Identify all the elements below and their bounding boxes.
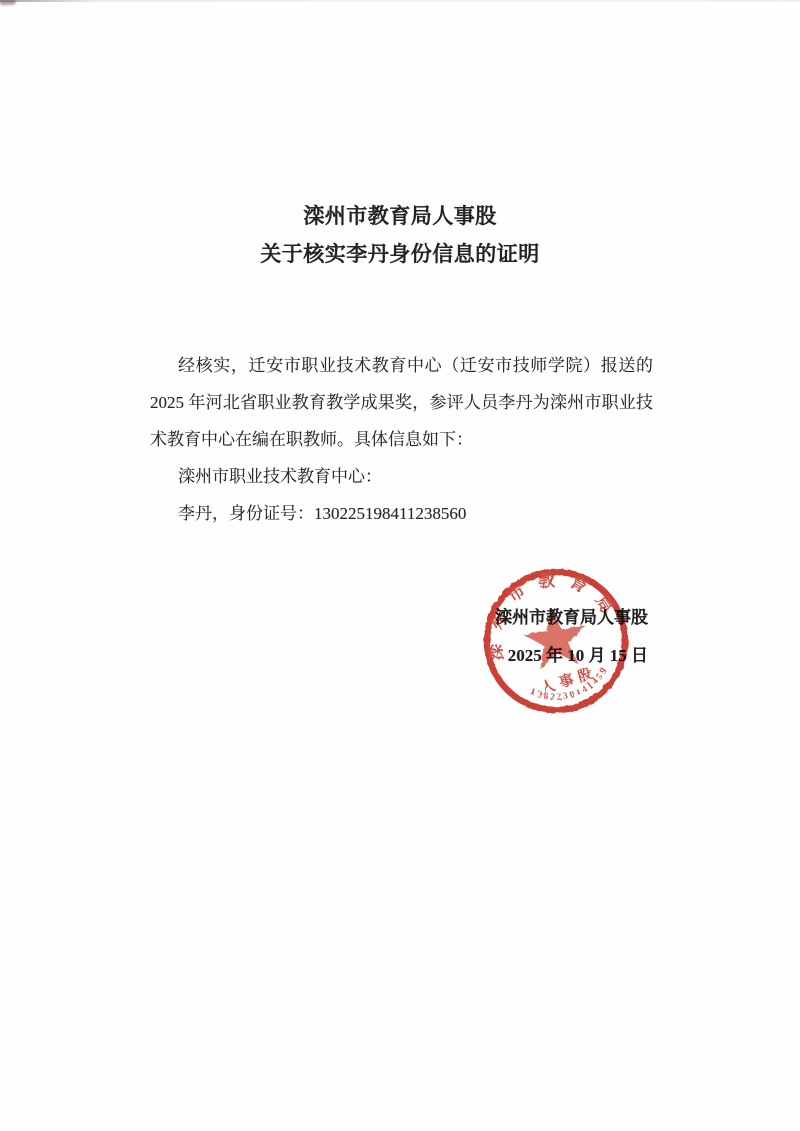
document-page: 滦州市教育局人事股 关于核实李丹身份信息的证明 经核实，迁安市职业技术教育中心（… [0, 0, 800, 1131]
seal-graphic: 滦州市教育局 人事股 1302230141459 [480, 565, 632, 717]
info-line-org: 滦州市职业技术教育中心： [150, 458, 653, 495]
body-line-1: 经核实，迁安市职业技术教育中心（迁安市技师学院）报送的 [150, 347, 653, 384]
official-seal-stamp: 滦州市教育局 人事股 1302230141459 [480, 565, 632, 717]
title-subject-line: 关于核实李丹身份信息的证明 [0, 235, 800, 273]
document-title: 滦州市教育局人事股 关于核实李丹身份信息的证明 [0, 197, 800, 273]
seal-star-icon [520, 603, 591, 671]
scan-artifact-top-edge [0, 0, 800, 2]
scan-smudge-top-left [0, 0, 16, 5]
title-org-line: 滦州市教育局人事股 [0, 197, 800, 235]
body-line-2: 2025 年河北省职业教育教学成果奖，参评人员李丹为滦州市职业技 [150, 384, 653, 421]
body-paragraph: 经核实，迁安市职业技术教育中心（迁安市技师学院）报送的 2025 年河北省职业教… [150, 347, 653, 532]
info-line-id: 李丹，身份证号：130225198411238560 [150, 495, 653, 532]
body-line-3: 术教育中心在编在职教师。具体信息如下： [150, 421, 653, 458]
